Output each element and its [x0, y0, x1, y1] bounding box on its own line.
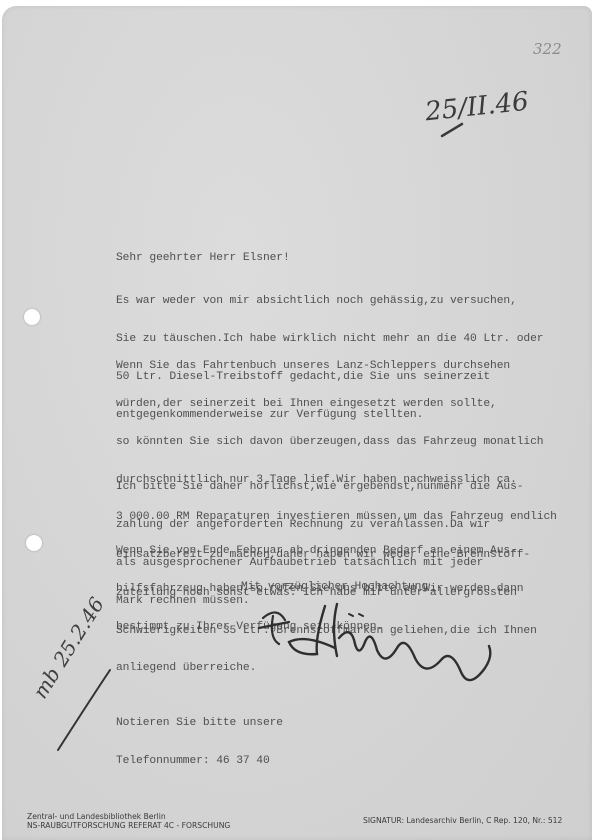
salutation: Sehr geehrter Herr Elsner! [116, 252, 290, 265]
closing: Mit vorzüglicher Hochachtung [241, 581, 428, 594]
signature-scribble [255, 598, 515, 708]
paragraph-line: Ich bitte Sie daher höflichst,wie ergebe… [116, 481, 523, 494]
punch-hole-top [24, 309, 40, 325]
punch-hole-bottom [26, 535, 42, 551]
note-line: Notieren Sie bitte unsere [116, 717, 283, 730]
date-underline [440, 120, 480, 140]
paragraph-line: würden,der seinerzeit bei Ihnen eingeset… [116, 398, 557, 411]
footer-signature: SIGNATUR: Landesarchiv Berlin, C Rep. 12… [363, 816, 562, 825]
footer-department: NS-RAUBGUTFORSCHUNG REFERAT 4C - FORSCHU… [27, 821, 230, 830]
phone-note: Notieren Sie bitte unsere Telefonnummer:… [116, 692, 283, 780]
page-number: 322 [533, 40, 562, 58]
footer-library: Zentral- und Landesbibliothek Berlin NS-… [27, 812, 230, 830]
paragraph-line: so könnten Sie sich davon überzeugen,das… [116, 436, 557, 449]
footer-library-name: Zentral- und Landesbibliothek Berlin [27, 812, 230, 821]
note-line: Telefonnummer: 46 37 40 [116, 755, 283, 768]
paragraph-line: Wenn Sie von Ende Februar ab dringenden … [116, 545, 523, 558]
paragraph-line: Wenn Sie das Fahrtenbuch unseres Lanz-Sc… [116, 360, 557, 373]
paragraph-line: Es war weder von mir absichtlich noch ge… [116, 295, 543, 308]
